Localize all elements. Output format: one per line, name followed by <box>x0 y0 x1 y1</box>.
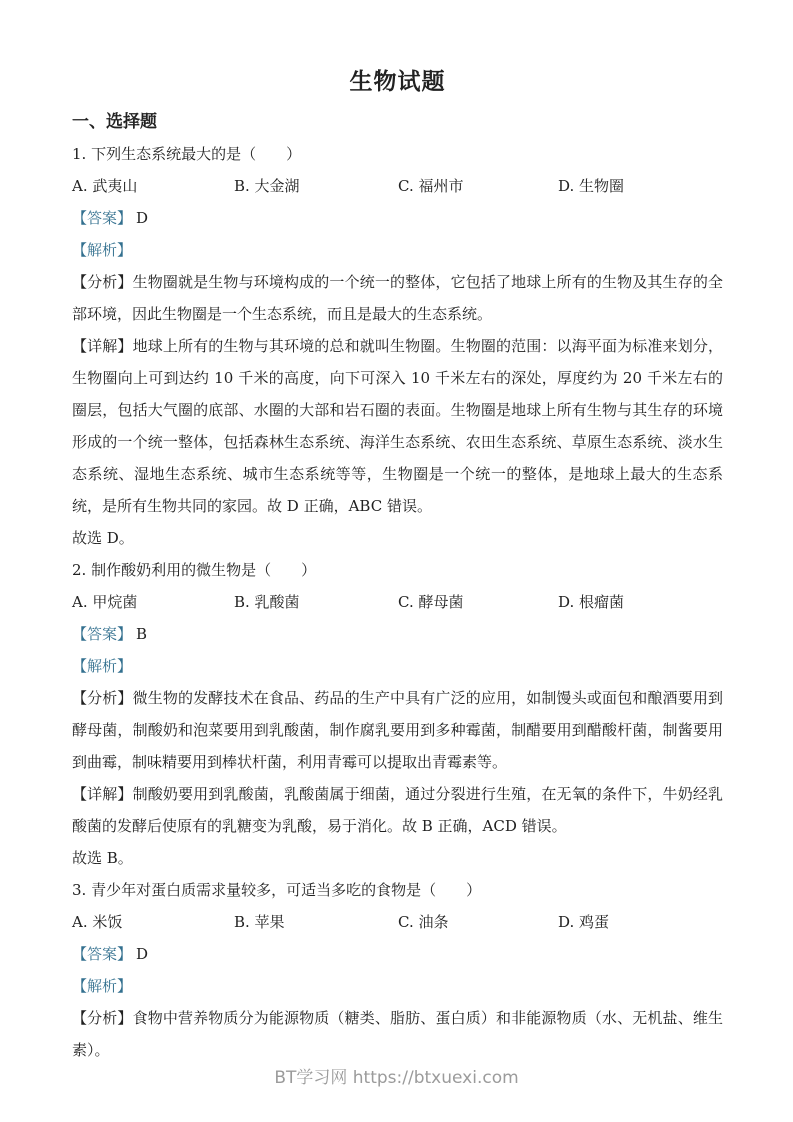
answer-line: 【答案】D <box>72 938 723 970</box>
explain-label: 【解析】 <box>72 977 132 995</box>
detail-text: 制酸奶要用到乳酸菌，乳酸菌属于细菌，通过分裂进行生殖，在无氧的条件下，牛奶经乳酸… <box>72 785 723 835</box>
options-row: A. 米饭 B. 苹果 C. 油条 D. 鸡蛋 <box>72 906 723 938</box>
option-d: D. 根瘤菌 <box>558 586 723 618</box>
conclusion-line: 故选 B。 <box>72 842 723 874</box>
answer-value: D <box>136 209 148 227</box>
answer-value: B <box>136 625 147 643</box>
detail-text: 地球上所有的生物与其环境的总和就叫生物圈。生物圈的范围：以海平面为标准来划分，生… <box>72 337 723 515</box>
page-title: 生物试题 <box>72 64 723 100</box>
option-d: D. 生物圈 <box>558 170 723 202</box>
options-row: A. 武夷山 B. 大金湖 C. 福州市 D. 生物圈 <box>72 170 723 202</box>
option-b: B. 乳酸菌 <box>234 586 398 618</box>
analysis-text: 生物圈就是生物与环境构成的一个统一的整体，它包括了地球上所有的生物及其生存的全部… <box>72 273 723 323</box>
answer-label: 【答案】 <box>72 945 132 963</box>
watermark: BT学习网 https://btxuexi.com <box>0 1063 793 1088</box>
options-row: A. 甲烷菌 B. 乳酸菌 C. 酵母菌 D. 根瘤菌 <box>72 586 723 618</box>
option-b: B. 大金湖 <box>234 170 398 202</box>
option-c: C. 酵母菌 <box>398 586 558 618</box>
section-heading: 一、选择题 <box>72 106 723 138</box>
analysis-paragraph: 【分析】食物中营养物质分为能源物质（糖类、脂肪、蛋白质）和非能源物质（水、无机盐… <box>72 1002 723 1066</box>
option-c: C. 福州市 <box>398 170 558 202</box>
question-block-1: 1. 下列生态系统最大的是（ ） A. 武夷山 B. 大金湖 C. 福州市 D.… <box>72 138 723 554</box>
conclusion-line: 故选 D。 <box>72 522 723 554</box>
detail-label: 【详解】 <box>72 337 133 355</box>
analysis-paragraph: 【分析】生物圈就是生物与环境构成的一个统一的整体，它包括了地球上所有的生物及其生… <box>72 266 723 330</box>
option-a: A. 甲烷菌 <box>72 586 234 618</box>
analysis-label: 【分析】 <box>72 1009 133 1027</box>
answer-line: 【答案】B <box>72 618 723 650</box>
answer-label: 【答案】 <box>72 209 132 227</box>
explain-label: 【解析】 <box>72 241 132 259</box>
question-stem: 1. 下列生态系统最大的是（ ） <box>72 138 723 170</box>
explain-label: 【解析】 <box>72 657 132 675</box>
analysis-text: 食物中营养物质分为能源物质（糖类、脂肪、蛋白质）和非能源物质（水、无机盐、维生素… <box>72 1009 723 1059</box>
analysis-label: 【分析】 <box>72 689 133 707</box>
option-a: A. 武夷山 <box>72 170 234 202</box>
option-a: A. 米饭 <box>72 906 234 938</box>
explain-line: 【解析】 <box>72 970 723 1002</box>
question-block-3: 3. 青少年对蛋白质需求量较多，可适当多吃的食物是（ ） A. 米饭 B. 苹果… <box>72 874 723 1066</box>
analysis-label: 【分析】 <box>72 273 133 291</box>
answer-label: 【答案】 <box>72 625 132 643</box>
exam-page: 生物试题 一、选择题 1. 下列生态系统最大的是（ ） A. 武夷山 B. 大金… <box>0 0 793 1066</box>
option-b: B. 苹果 <box>234 906 398 938</box>
answer-value: D <box>136 945 148 963</box>
detail-paragraph: 【详解】地球上所有的生物与其环境的总和就叫生物圈。生物圈的范围：以海平面为标准来… <box>72 330 723 522</box>
explain-line: 【解析】 <box>72 234 723 266</box>
answer-line: 【答案】D <box>72 202 723 234</box>
question-block-2: 2. 制作酸奶利用的微生物是（ ） A. 甲烷菌 B. 乳酸菌 C. 酵母菌 D… <box>72 554 723 874</box>
analysis-text: 微生物的发酵技术在食品、药品的生产中具有广泛的应用，如制馒头或面包和酿酒要用到酵… <box>72 689 723 771</box>
question-stem: 2. 制作酸奶利用的微生物是（ ） <box>72 554 723 586</box>
analysis-paragraph: 【分析】微生物的发酵技术在食品、药品的生产中具有广泛的应用，如制馒头或面包和酿酒… <box>72 682 723 778</box>
detail-paragraph: 【详解】制酸奶要用到乳酸菌，乳酸菌属于细菌，通过分裂进行生殖，在无氧的条件下，牛… <box>72 778 723 842</box>
detail-label: 【详解】 <box>72 785 133 803</box>
option-d: D. 鸡蛋 <box>558 906 723 938</box>
explain-line: 【解析】 <box>72 650 723 682</box>
option-c: C. 油条 <box>398 906 558 938</box>
question-stem: 3. 青少年对蛋白质需求量较多，可适当多吃的食物是（ ） <box>72 874 723 906</box>
